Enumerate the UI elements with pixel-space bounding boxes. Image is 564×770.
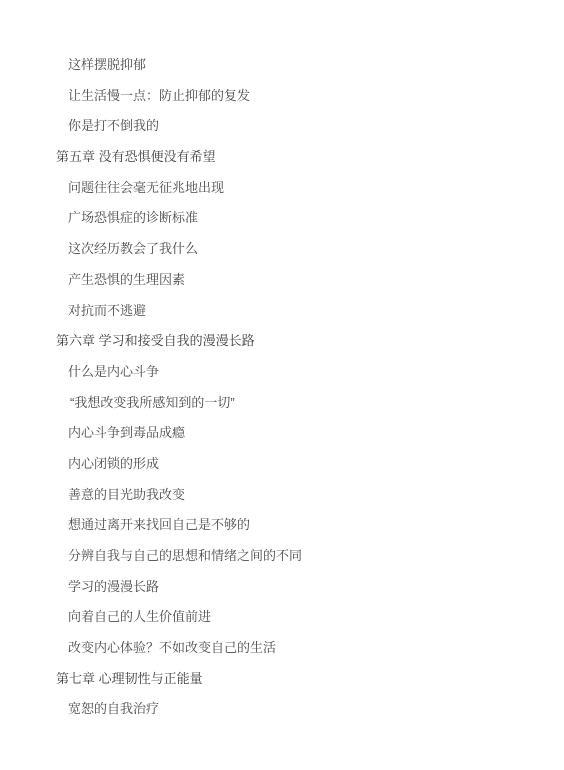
toc-item-row[interactable]: 改变内心体验？不如改变自己的生活: [0, 633, 564, 664]
toc-chapter-row[interactable]: 第六章 学习和接受自我的漫漫长路: [0, 326, 564, 357]
toc-item-row[interactable]: 广场恐惧症的诊断标准: [0, 203, 564, 234]
toc-item-row[interactable]: 向着自己的人生价值前进: [0, 602, 564, 633]
toc-item-row[interactable]: 内心斗争到毒品成瘾: [0, 418, 564, 449]
toc-item-row[interactable]: 分辨自我与自己的思想和情绪之间的不同: [0, 541, 564, 572]
toc-item-row[interactable]: 这次经历教会了我什么: [0, 234, 564, 265]
toc-item-row[interactable]: 学习的漫漫长路: [0, 572, 564, 603]
toc-item-row[interactable]: 对抗而不逃避: [0, 296, 564, 327]
toc-item-row[interactable]: 让生活慢一点：防止抑郁的复发: [0, 81, 564, 112]
toc-item-row[interactable]: 什么是内心斗争: [0, 357, 564, 388]
toc-page: 这样摆脱抑郁让生活慢一点：防止抑郁的复发你是打不倒我的第五章 没有恐惧便没有希望…: [0, 0, 564, 770]
toc-chapter-row[interactable]: 第七章 心理韧性与正能量: [0, 664, 564, 695]
toc-item-row[interactable]: 问题往往会毫无征兆地出现: [0, 173, 564, 204]
toc-chapter-row[interactable]: 第五章 没有恐惧便没有希望: [0, 142, 564, 173]
toc-item-row[interactable]: 内心闭锁的形成: [0, 449, 564, 480]
toc-list: 这样摆脱抑郁让生活慢一点：防止抑郁的复发你是打不倒我的第五章 没有恐惧便没有希望…: [0, 0, 564, 725]
toc-item-row[interactable]: 这样摆脱抑郁: [0, 50, 564, 81]
toc-item-row[interactable]: 想通过离开来找回自己是不够的: [0, 510, 564, 541]
toc-item-row[interactable]: 你是打不倒我的: [0, 111, 564, 142]
toc-item-row[interactable]: 善意的目光助我改变: [0, 480, 564, 511]
toc-item-row[interactable]: 产生恐惧的生理因素: [0, 265, 564, 296]
toc-item-row[interactable]: “我想改变我所感知到的一切”: [0, 388, 564, 419]
toc-item-row[interactable]: 宽恕的自我治疗: [0, 694, 564, 725]
